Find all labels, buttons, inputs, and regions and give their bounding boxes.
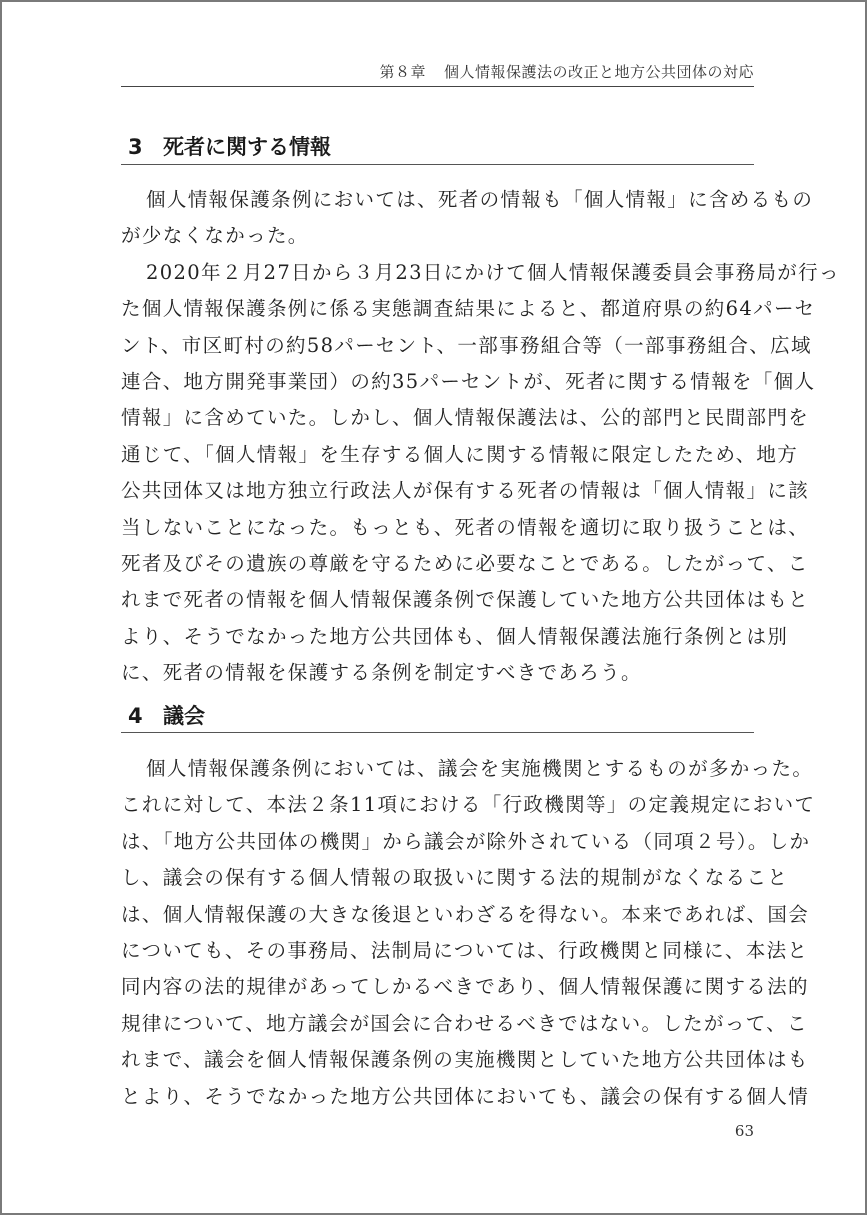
text-line: 個人情報保護条例においては、死者の情報も「個人情報」に含めるもの	[121, 182, 761, 218]
text-line: 同内容の法的規律があってしかるべきであり、個人情報保護に関する法的	[121, 969, 761, 1005]
text-line: 連合、地方開発事業団）の約35パーセントが、死者に関する情報を「個人	[121, 364, 761, 400]
chapter-title: 個人情報保護法の改正と地方公共団体の対応	[444, 63, 754, 81]
text-line: 情報」に含めていた。しかし、個人情報保護法は、公的部門と民間部門を	[121, 400, 761, 436]
section-title: 議会	[163, 704, 205, 728]
section-body-4: 個人情報保護条例においては、議会を実施機関とするものが多かった。これに対して、本…	[121, 751, 761, 1115]
text-line: は、「地方公共団体の機関」から議会が除外されている（同項２号）。しか	[121, 824, 761, 860]
text-line: に、死者の情報を保護する条例を制定すべきであろう。	[121, 655, 761, 691]
section-heading-4: 4議会	[121, 702, 754, 730]
text-line: れまで、議会を個人情報保護条例の実施機関としていた地方公共団体はも	[121, 1042, 761, 1078]
text-line: れまで死者の情報を個人情報保護条例で保護していた地方公共団体はもと	[121, 582, 761, 618]
chapter-label: 第８章	[379, 63, 426, 81]
text-line: 公共団体又は地方独立行政法人が保有する死者の情報は「個人情報」に該	[121, 473, 761, 509]
section-body-3: 個人情報保護条例においては、死者の情報も「個人情報」に含めるものが少なくなかった…	[121, 182, 761, 691]
page-number: 63	[700, 1122, 754, 1140]
text-line: これに対して、本法２条11項における「行政機関等」の定義規定において	[121, 787, 761, 823]
text-line: た個人情報保護条例に係る実態調査結果によると、都道府県の約64パーセ	[121, 291, 761, 327]
text-line: 死者及びその遺族の尊厳を守るために必要なことである。したがって、こ	[121, 546, 761, 582]
text-line: 当しないことになった。もっとも、死者の情報を適切に取り扱うことは、	[121, 510, 761, 546]
section-rule	[121, 732, 754, 733]
text-line: ント、市区町村の約58パーセント、一部事務組合等（一部事務組合、広域	[121, 328, 761, 364]
text-line: より、そうでなかった地方公共団体も、個人情報保護法施行条例とは別	[121, 619, 761, 655]
section-number: 4	[121, 702, 163, 730]
text-line: 個人情報保護条例においては、議会を実施機関とするものが多かった。	[121, 751, 761, 787]
text-line: とより、そうでなかった地方公共団体においても、議会の保有する個人情	[121, 1079, 761, 1115]
text-line: 通じて、「個人情報」を生存する個人に関する情報に限定したため、地方	[121, 437, 761, 473]
running-header: 第８章個人情報保護法の改正と地方公共団体の対応	[121, 62, 754, 82]
header-rule	[121, 86, 754, 87]
text-line: は、個人情報保護の大きな後退といわざるを得ない。本来であれば、国会	[121, 897, 761, 933]
text-line: し、議会の保有する個人情報の取扱いに関する法的規制がなくなること	[121, 860, 761, 896]
text-line: についても、その事務局、法制局については、行政機関と同様に、本法と	[121, 933, 761, 969]
section-number: 3	[121, 133, 163, 161]
section-title: 死者に関する情報	[163, 135, 331, 159]
text-line: が少なくなかった。	[121, 218, 761, 254]
section-rule	[121, 164, 754, 165]
section-heading-3: 3死者に関する情報	[121, 133, 754, 161]
text-line: 2020年２月27日から３月23日にかけて個人情報保護委員会事務局が行っ	[121, 255, 761, 291]
text-line: 規律について、地方議会が国会に合わせるべきではない。したがって、こ	[121, 1006, 761, 1042]
